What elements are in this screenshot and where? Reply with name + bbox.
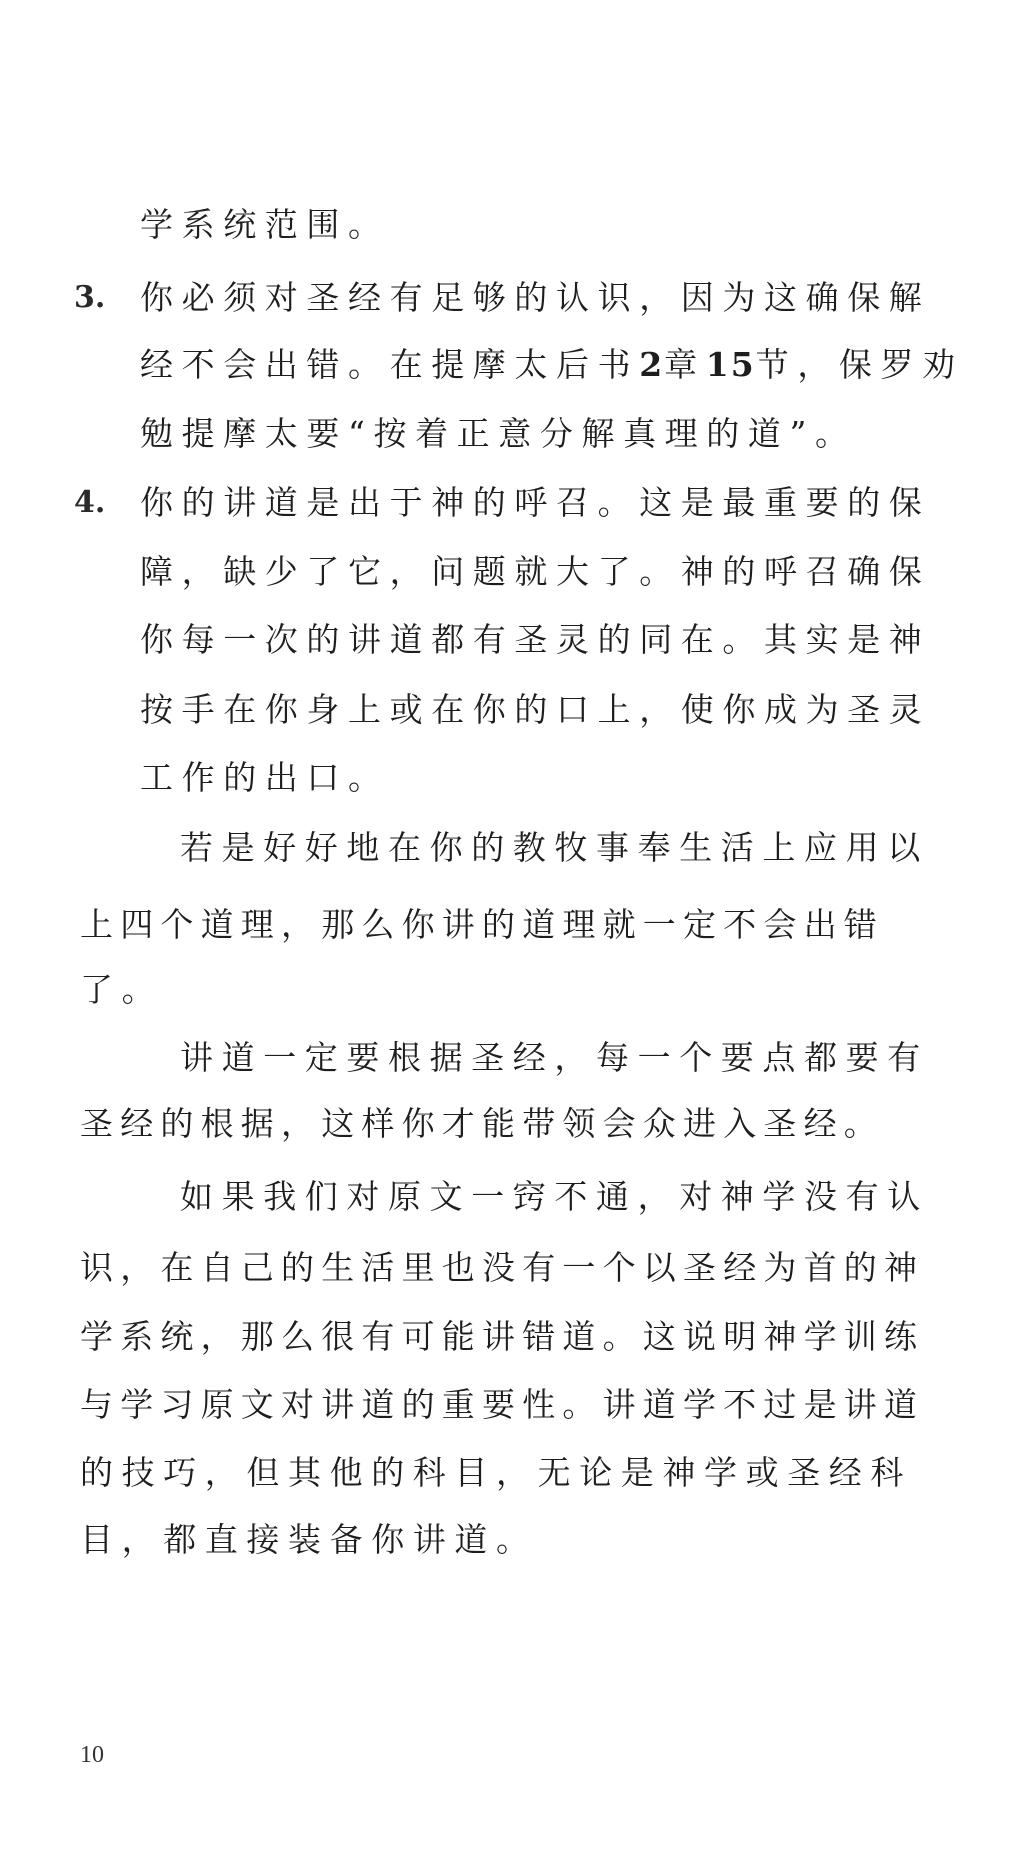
paragraph-3-line-6: 目，都直接装备你讲道。 bbox=[80, 1520, 538, 1560]
list-marker-4: 4. bbox=[74, 483, 105, 523]
list-marker-3: 3. bbox=[74, 278, 105, 318]
list-item-3-line-1: 你必须对圣经有足够的认识，因为这确保解 bbox=[140, 278, 930, 318]
paragraph-1-line-3: 了。 bbox=[80, 970, 163, 1010]
list-item-4-line-5: 工作的出口。 bbox=[140, 758, 390, 798]
list-item-4-line-3: 你每一次的讲道都有圣灵的同在。其实是神 bbox=[140, 620, 930, 660]
paragraph-3-line-2: 识，在自己的生活里也没有一个以圣经为首的神 bbox=[80, 1248, 924, 1288]
verse-number: 15 bbox=[706, 345, 756, 384]
list-item-4-line-2: 障，缺少了它，问题就大了。神的呼召确保 bbox=[140, 552, 930, 592]
page-number: 10 bbox=[80, 1742, 104, 1769]
paragraph-3-line-4: 与学习原文对讲道的重要性。讲道学不过是讲道 bbox=[80, 1385, 924, 1425]
list-item-2-continuation: 学系统范围。 bbox=[140, 205, 390, 245]
paragraph-1-line-1: 若是好好地在你的教牧事奉生活上应用以 bbox=[180, 828, 929, 868]
paragraph-3-line-1: 如果我们对原文一窍不通，对神学没有认 bbox=[180, 1177, 929, 1217]
text-segment: 节，保罗劝 bbox=[756, 345, 964, 384]
list-item-3-line-2: 经不会出错。在提摩太后书2章15节，保罗劝 bbox=[140, 345, 964, 385]
paragraph-1-line-2: 上四个道理，那么你讲的道理就一定不会出错 bbox=[80, 905, 884, 945]
list-item-4-line-4: 按手在你身上或在你的口上，使你成为圣灵 bbox=[140, 690, 930, 730]
chapter-number: 2 bbox=[639, 345, 664, 384]
list-item-4-line-1: 你的讲道是出于神的呼召。这是最重要的保 bbox=[140, 483, 930, 523]
paragraph-3-line-3: 学系统，那么很有可能讲错道。这说明神学训练 bbox=[80, 1317, 924, 1357]
paragraph-3-line-5: 的技巧，但其他的科目，无论是神学或圣经科 bbox=[80, 1453, 912, 1493]
paragraph-2-line-2: 圣经的根据，这样你才能带领会众进入圣经。 bbox=[80, 1104, 884, 1144]
list-item-3-line-3: 勉提摩太要“按着正意分解真理的道”。 bbox=[140, 414, 857, 454]
paragraph-2-line-1: 讲道一定要根据圣经，每一个要点都要有 bbox=[180, 1038, 929, 1078]
text-segment: 经不会出错。在提摩太后书 bbox=[140, 345, 639, 384]
text-segment: 章 bbox=[664, 345, 706, 384]
